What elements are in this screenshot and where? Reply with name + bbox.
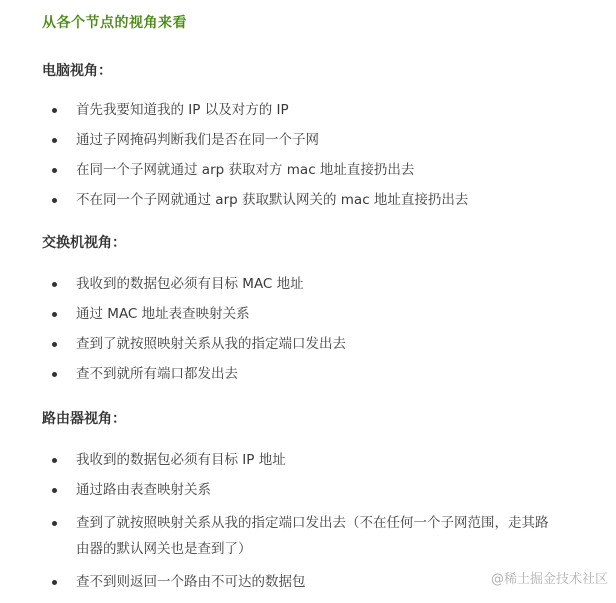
bullet-icon xyxy=(52,198,57,203)
heading-switch: 交换机视角： xyxy=(42,232,126,252)
list-item: 查到了就按照映射关系从我的指定端口发出去（不在任何一个子网范围，走其路由器的默认… xyxy=(0,510,616,562)
bullet-icon xyxy=(52,312,57,317)
list-item: 查到了就按照映射关系从我的指定端口发出去 xyxy=(0,334,616,354)
list-item: 不在同一个子网就通过 arp 获取默认网关的 mac 地址直接扔出去 xyxy=(0,190,616,210)
list-item: 首先我要知道我的 IP 以及对方的 IP xyxy=(0,100,616,120)
bullet-icon xyxy=(52,458,57,463)
heading-computer: 电脑视角： xyxy=(42,60,112,80)
section-title: 从各个节点的视角来看 xyxy=(42,12,187,32)
list-item: 通过 MAC 地址表查映射关系 xyxy=(0,304,616,324)
bullet-icon xyxy=(52,342,57,347)
bullet-icon xyxy=(52,168,57,173)
list-computer: 首先我要知道我的 IP 以及对方的 IP 通过子网掩码判断我们是否在同一个子网 … xyxy=(0,100,616,210)
bullet-icon xyxy=(52,138,57,143)
bullet-icon xyxy=(52,488,57,493)
bullet-icon xyxy=(52,282,57,287)
bullet-icon xyxy=(52,372,57,377)
list-switch: 我收到的数据包必须有目标 MAC 地址 通过 MAC 地址表查映射关系 查到了就… xyxy=(0,274,616,384)
list-item: 通过路由表查映射关系 xyxy=(0,480,616,500)
watermark: @稀土掘金技术社区 xyxy=(491,568,608,587)
bullet-icon xyxy=(52,580,57,585)
list-item: 通过子网掩码判断我们是否在同一个子网 xyxy=(0,130,616,150)
bullet-icon xyxy=(52,108,57,113)
list-item: 查不到就所有端口都发出去 xyxy=(0,364,616,384)
list-item: 我收到的数据包必须有目标 MAC 地址 xyxy=(0,274,616,294)
bullet-icon xyxy=(52,521,57,526)
list-item: 在同一个子网就通过 arp 获取对方 mac 地址直接扔出去 xyxy=(0,160,616,180)
list-item: 我收到的数据包必须有目标 IP 地址 xyxy=(0,450,616,470)
heading-router: 路由器视角： xyxy=(42,408,126,428)
